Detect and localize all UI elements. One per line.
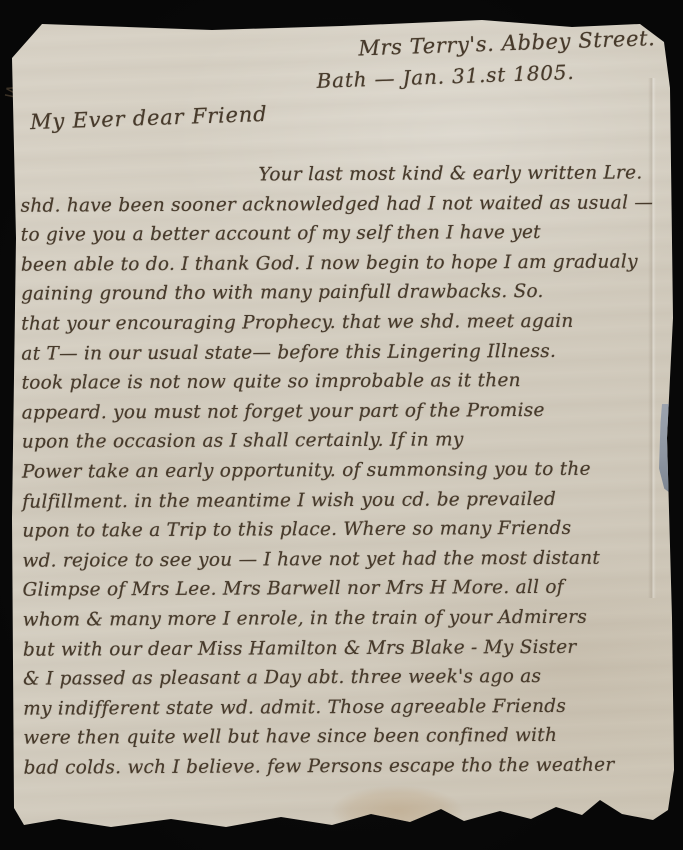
letter-line: been able to do. I thank God. I now begi… bbox=[21, 247, 661, 280]
letter-body-lines: shd. have been sooner acknowledged had I… bbox=[21, 188, 664, 783]
letter-line: upon to take a Trip to this place. Where… bbox=[22, 513, 662, 546]
letter-heading: Mrs Terry's. Abbey Street. Bath — Jan. 3… bbox=[315, 26, 657, 93]
letter-line: fulfillment. in the meantime I wish you … bbox=[22, 484, 662, 517]
letter-line: that your encouraging Prophecy. that we … bbox=[21, 306, 661, 339]
heading-dateline: Bath — Jan. 31.st 1805. bbox=[316, 57, 657, 93]
bottom-stain bbox=[312, 778, 482, 844]
letter-line: whom & many more I enrole, in the train … bbox=[23, 602, 663, 635]
letter-line: Glimpse of Mrs Lee. Mrs Barwell nor Mrs … bbox=[23, 573, 663, 606]
heading-address: Mrs Terry's. Abbey Street. bbox=[315, 26, 656, 62]
letter-line: bad colds. wch I believe. few Persons es… bbox=[23, 750, 663, 783]
salutation: My Ever dear Friend bbox=[30, 102, 268, 134]
letter-opening-line: Your last most kind & early written Lre. bbox=[20, 158, 660, 191]
letter-line: shd. have been sooner acknowledged had I… bbox=[21, 188, 661, 221]
letter-line: gaining ground tho with many painfull dr… bbox=[21, 277, 661, 310]
letter-line: at T— in our usual state— before this Li… bbox=[21, 336, 661, 369]
letter-line: were then quite well but have since been… bbox=[23, 721, 663, 754]
letter-line: upon the occasion as I shall certainly. … bbox=[22, 425, 662, 458]
letter-line: appeard. you must not forget your part o… bbox=[22, 395, 662, 428]
letter-line: took place is not now quite so improbabl… bbox=[21, 365, 661, 398]
letter-body: Your last most kind & early written Lre.… bbox=[20, 158, 663, 783]
scan-background: ≤ Mrs Terry's. Abbey Street. Bath — Jan.… bbox=[0, 0, 683, 850]
letter-line: to give you a better account of my self … bbox=[21, 218, 661, 251]
letter-line: & I passed as pleasant a Day abt. three … bbox=[23, 661, 663, 694]
letter-line: my indifferent state wd. admit. Those ag… bbox=[23, 691, 663, 724]
letter-line: wd. rejoice to see you — I have not yet … bbox=[22, 543, 662, 576]
letter-line: Power take an early opportunity. of summ… bbox=[22, 454, 662, 487]
letter-line: but with our dear Miss Hamilton & Mrs Bl… bbox=[23, 632, 663, 665]
letter-paper: Mrs Terry's. Abbey Street. Bath — Jan. 3… bbox=[12, 18, 674, 844]
